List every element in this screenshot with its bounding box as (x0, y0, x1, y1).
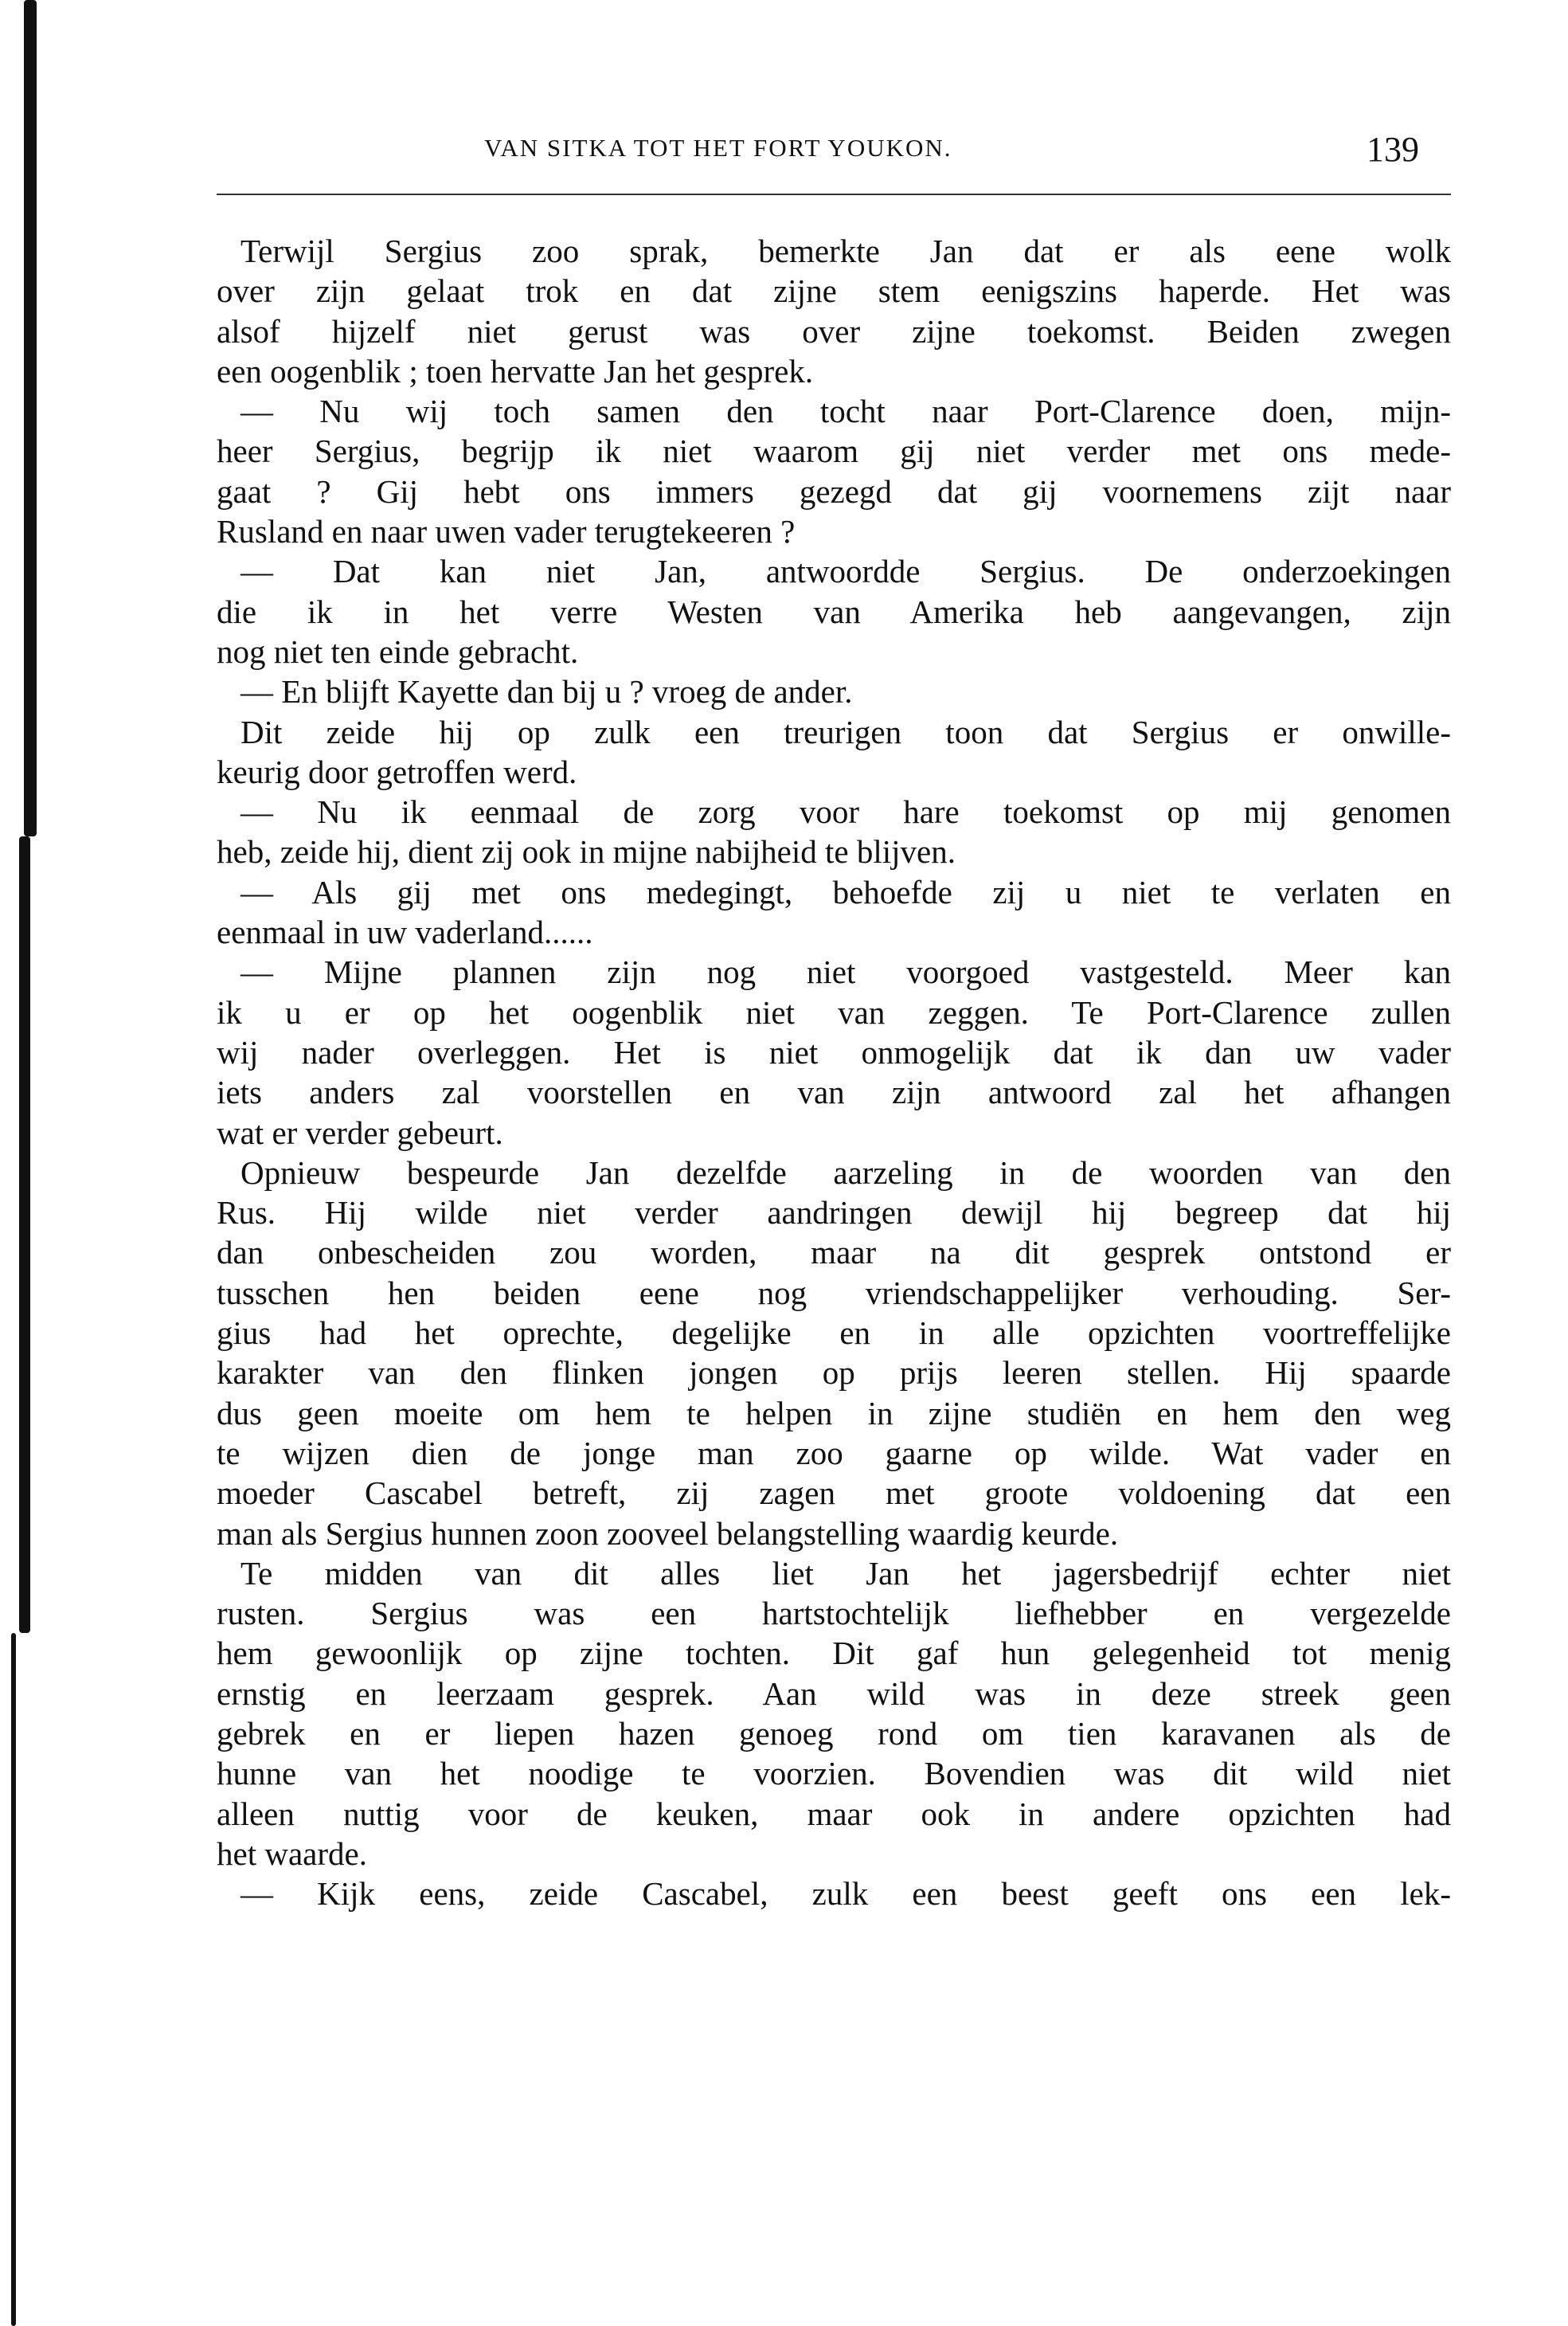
text-line: wij nader overleggen. Het is niet onmoge… (217, 1032, 1451, 1072)
text-line: het waarde. (217, 1834, 1451, 1874)
text-line: dan onbescheiden zou worden, maar na dit… (217, 1232, 1451, 1272)
text-line: rusten. Sergius was een hartstochtelijk … (217, 1593, 1451, 1633)
text-line: een oogenblik ; toen hervatte Jan het ge… (217, 351, 1451, 391)
text-line: heb, zeide hij, dient zij ook in mijne n… (217, 832, 1451, 871)
text-line: tusschen hen beiden eene nog vriendschap… (217, 1273, 1451, 1313)
text-line: alsof hijzelf niet gerust was over zijne… (217, 311, 1451, 351)
text-line: over zijn gelaat trok en dat zijne stem … (217, 271, 1451, 311)
page-header: VAN SITKA TOT HET FORT YOUKON. 139 (217, 127, 1451, 175)
text-line: heer Sergius, begrijp ik niet waarom gij… (217, 431, 1451, 471)
text-line: ik u er op het oogenblik niet van zeggen… (217, 993, 1451, 1032)
text-line: nog niet ten einde gebracht. (217, 632, 1451, 672)
text-line: gius had het oprechte, degelijke en in a… (217, 1313, 1451, 1353)
text-line: karakter van den flinken jongen op prijs… (217, 1353, 1451, 1392)
text-line: ernstig en leerzaam gesprek. Aan wild wa… (217, 1674, 1451, 1713)
book-binding-edge (19, 836, 30, 1633)
text-line: iets anders zal voorstellen en van zijn … (217, 1072, 1451, 1112)
text-line: — En blijft Kayette dan bij u ? vroeg de… (217, 672, 1451, 711)
text-line: wat er verder gebeurt. (217, 1113, 1451, 1153)
text-line: hunne van het noodige te voorzien. Boven… (217, 1753, 1451, 1793)
text-line: — Kijk eens, zeide Cascabel, zulk een be… (217, 1874, 1451, 1913)
text-line: moeder Cascabel betreft, zij zagen met g… (217, 1473, 1451, 1513)
page-number: 139 (1367, 129, 1419, 170)
text-line: die ik in het verre Westen van Amerika h… (217, 592, 1451, 632)
text-line: eenmaal in uw vaderland...... (217, 912, 1451, 952)
header-rule (217, 194, 1451, 195)
text-line: — Nu ik eenmaal de zorg voor hare toekom… (217, 792, 1451, 832)
text-line: man als Sergius hunnen zoon zooveel bela… (217, 1513, 1451, 1553)
text-line: dus geen moeite om hem te helpen in zijn… (217, 1393, 1451, 1433)
running-title: VAN SITKA TOT HET FORT YOUKON. (484, 134, 952, 163)
text-line: — Als gij met ons medegingt, behoefde zi… (217, 872, 1451, 912)
text-line: Terwijl Sergius zoo sprak, bemerkte Jan … (217, 231, 1451, 271)
text-line: — Nu wij toch samen den tocht naar Port-… (217, 391, 1451, 431)
text-line: hem gewoonlijk op zijne tochten. Dit gaf… (217, 1633, 1451, 1673)
text-line: gaat ? Gij hebt ons immers gezegd dat gi… (217, 472, 1451, 511)
text-line: — Mijne plannen zijn nog niet voorgoed v… (217, 952, 1451, 992)
text-line: keurig door getroffen werd. (217, 752, 1451, 792)
body-text: Terwijl Sergius zoo sprak, bemerkte Jan … (217, 231, 1451, 1913)
text-line: Opnieuw bespeurde Jan dezelfde aarzeling… (217, 1153, 1451, 1192)
text-line: — Dat kan niet Jan, antwoordde Sergius. … (217, 551, 1451, 591)
text-line: Rus. Hij wilde niet verder aandringen de… (217, 1192, 1451, 1232)
text-line: Te midden van dit alles liet Jan het jag… (217, 1553, 1451, 1593)
text-line: gebrek en er liepen hazen genoeg rond om… (217, 1713, 1451, 1753)
text-line: te wijzen dien de jonge man zoo gaarne o… (217, 1433, 1451, 1473)
text-line: Rusland en naar uwen vader terugtekeeren… (217, 511, 1451, 551)
text-line: Dit zeide hij op zulk een treurigen toon… (217, 712, 1451, 752)
book-binding-edge (11, 1633, 16, 2326)
book-binding-edge (24, 0, 37, 836)
text-line: alleen nuttig voor de keuken, maar ook i… (217, 1794, 1451, 1834)
